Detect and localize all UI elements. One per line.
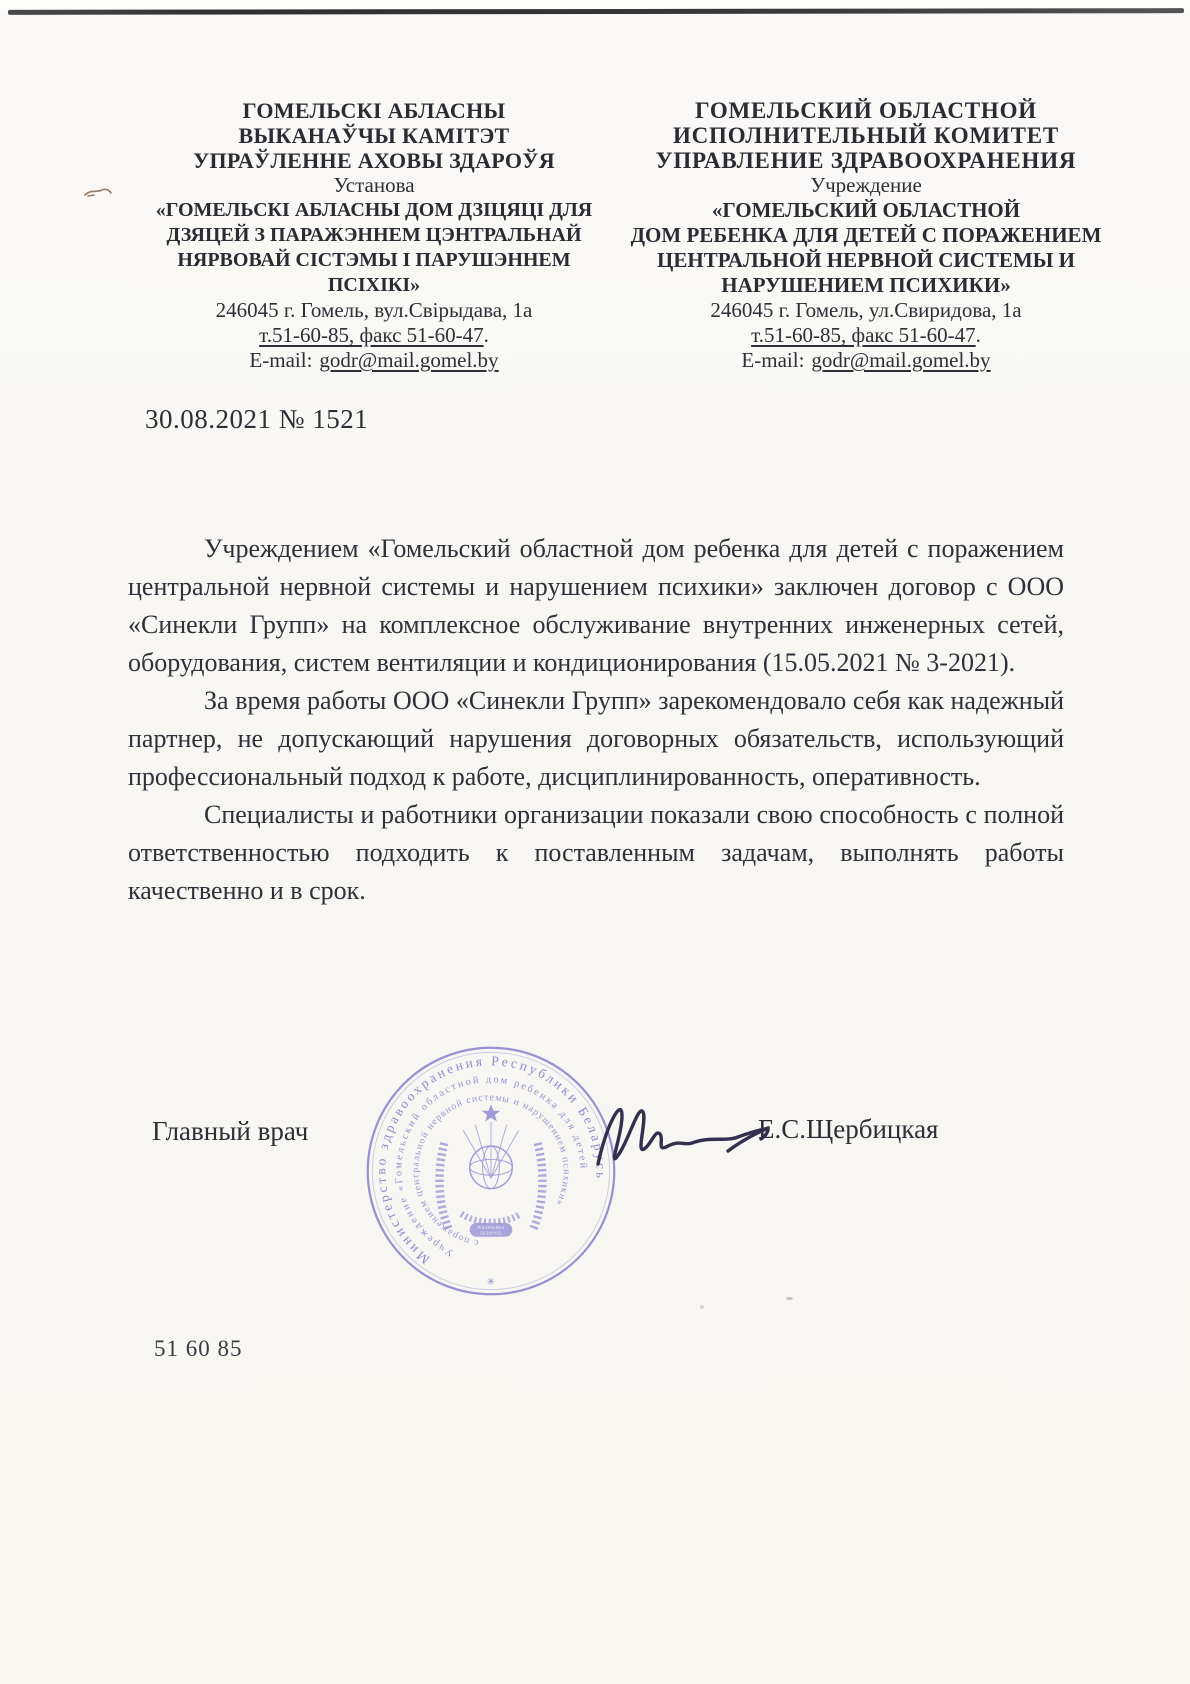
institution-name-line: ПСІХІКІ» — [124, 273, 624, 298]
institution-name-line: ДЗЯЦЕЙ З ПАРАЖЭННЕМ ЦЭНТРАЛЬНАЙ — [124, 223, 624, 248]
signer-title: Главный врач — [152, 1116, 308, 1147]
org-line: ГОМЕЛЬСКІ АБЛАСНЫ — [124, 98, 624, 123]
org-line: УПРАЎЛЕННЕ АХОВЫ ЗДАРОЎЯ — [124, 148, 624, 173]
phone-fax: т.51-60-85, факс 51-60-47 — [259, 323, 484, 347]
org-line: ГОМЕЛЬСКИЙ ОБЛАСТНОЙ — [616, 98, 1116, 123]
institution-name-line: НЯРВОВАЙ СІСТЭМЫ І ПАРУШЭННЕМ — [124, 248, 624, 273]
institution-name-line: «ГОМЕЛЬСКІ АБЛАСНЫ ДОМ ДЗІЦЯЦІ ДЛЯ — [124, 198, 624, 223]
letterhead-left: ГОМЕЛЬСКІ АБЛАСНЫ ВЫКАНАЎЧЫ КАМІТЭТ УПРА… — [124, 98, 624, 373]
email-line: E-mail:godr@mail.gomel.by — [124, 348, 624, 373]
handwritten-signature — [586, 1084, 786, 1192]
org-line: ВЫКАНАЎЧЫ КАМІТЭТ — [124, 123, 624, 148]
institution-name-line: НАРУШЕНИЕМ ПСИХИКИ» — [616, 273, 1116, 298]
body-paragraph: Специалисты и работники организации пока… — [128, 796, 1064, 910]
scan-speck — [786, 1297, 793, 1300]
body-paragraph: Учреждением «Гомельский областной дом ре… — [128, 530, 1064, 682]
stamp-ribbon-line2: БЕЛАРУСЬ — [480, 1230, 502, 1235]
phone-fax-line: т.51-60-85, факс 51-60-47. — [616, 323, 1116, 348]
date-and-number: 30.08.2021 № 1521 — [145, 404, 368, 435]
coat-of-arms-icon: РЭСПУБЛІКА БЕЛАРУСЬ — [440, 1104, 543, 1237]
phone-fax: т.51-60-85, факс 51-60-47 — [751, 323, 976, 347]
phone-fax-line: т.51-60-85, факс 51-60-47. — [124, 323, 624, 348]
org-line: УПРАВЛЕНИЕ ЗДРАВООХРАНЕНИЯ — [616, 148, 1116, 173]
email-label: E-mail: — [741, 348, 804, 372]
stamp-ribbon-line1: РЭСПУБЛІКА — [478, 1225, 506, 1230]
org-line: ИСПОЛНИТЕЛЬНЫЙ КОМИТЕТ — [616, 123, 1116, 148]
address-line: 246045 г. Гомель, вул.Свірыдава, 1а — [124, 298, 624, 323]
margin-ink-mark — [82, 184, 114, 200]
org-type: Установа — [124, 173, 624, 198]
footer-phone: 51 60 85 — [154, 1336, 243, 1362]
phone-fax-period: . — [976, 323, 981, 347]
email-line: E-mail:godr@mail.gomel.by — [616, 348, 1116, 373]
email-label: E-mail: — [249, 348, 312, 372]
letter-body: Учреждением «Гомельский областной дом ре… — [128, 530, 1064, 910]
body-paragraph: За время работы ООО «Синекли Групп» заре… — [128, 682, 1064, 796]
org-type: Учреждение — [616, 173, 1116, 198]
scan-edge-line — [8, 8, 1184, 15]
scan-speck — [700, 1305, 704, 1309]
stamp-separator-star: ✳ — [487, 1277, 496, 1288]
institution-name-line: ДОМ РЕБЕНКА ДЛЯ ДЕТЕЙ С ПОРАЖЕНИЕМ — [616, 223, 1116, 248]
institution-name-line: ЦЕНТРАЛЬНОЙ НЕРВНОЙ СИСТЕМЫ И — [616, 248, 1116, 273]
address-line: 246045 г. Гомель, ул.Свиридова, 1а — [616, 298, 1116, 323]
institution-name-line: «ГОМЕЛЬСКИЙ ОБЛАСТНОЙ — [616, 198, 1116, 223]
phone-fax-period: . — [484, 323, 489, 347]
email-address: godr@mail.gomel.by — [811, 348, 990, 372]
email-address: godr@mail.gomel.by — [319, 348, 498, 372]
letter-page: ГОМЕЛЬСКІ АБЛАСНЫ ВЫКАНАЎЧЫ КАМІТЭТ УПРА… — [0, 0, 1190, 1684]
letterhead-right: ГОМЕЛЬСКИЙ ОБЛАСТНОЙ ИСПОЛНИТЕЛЬНЫЙ КОМИ… — [616, 98, 1116, 373]
